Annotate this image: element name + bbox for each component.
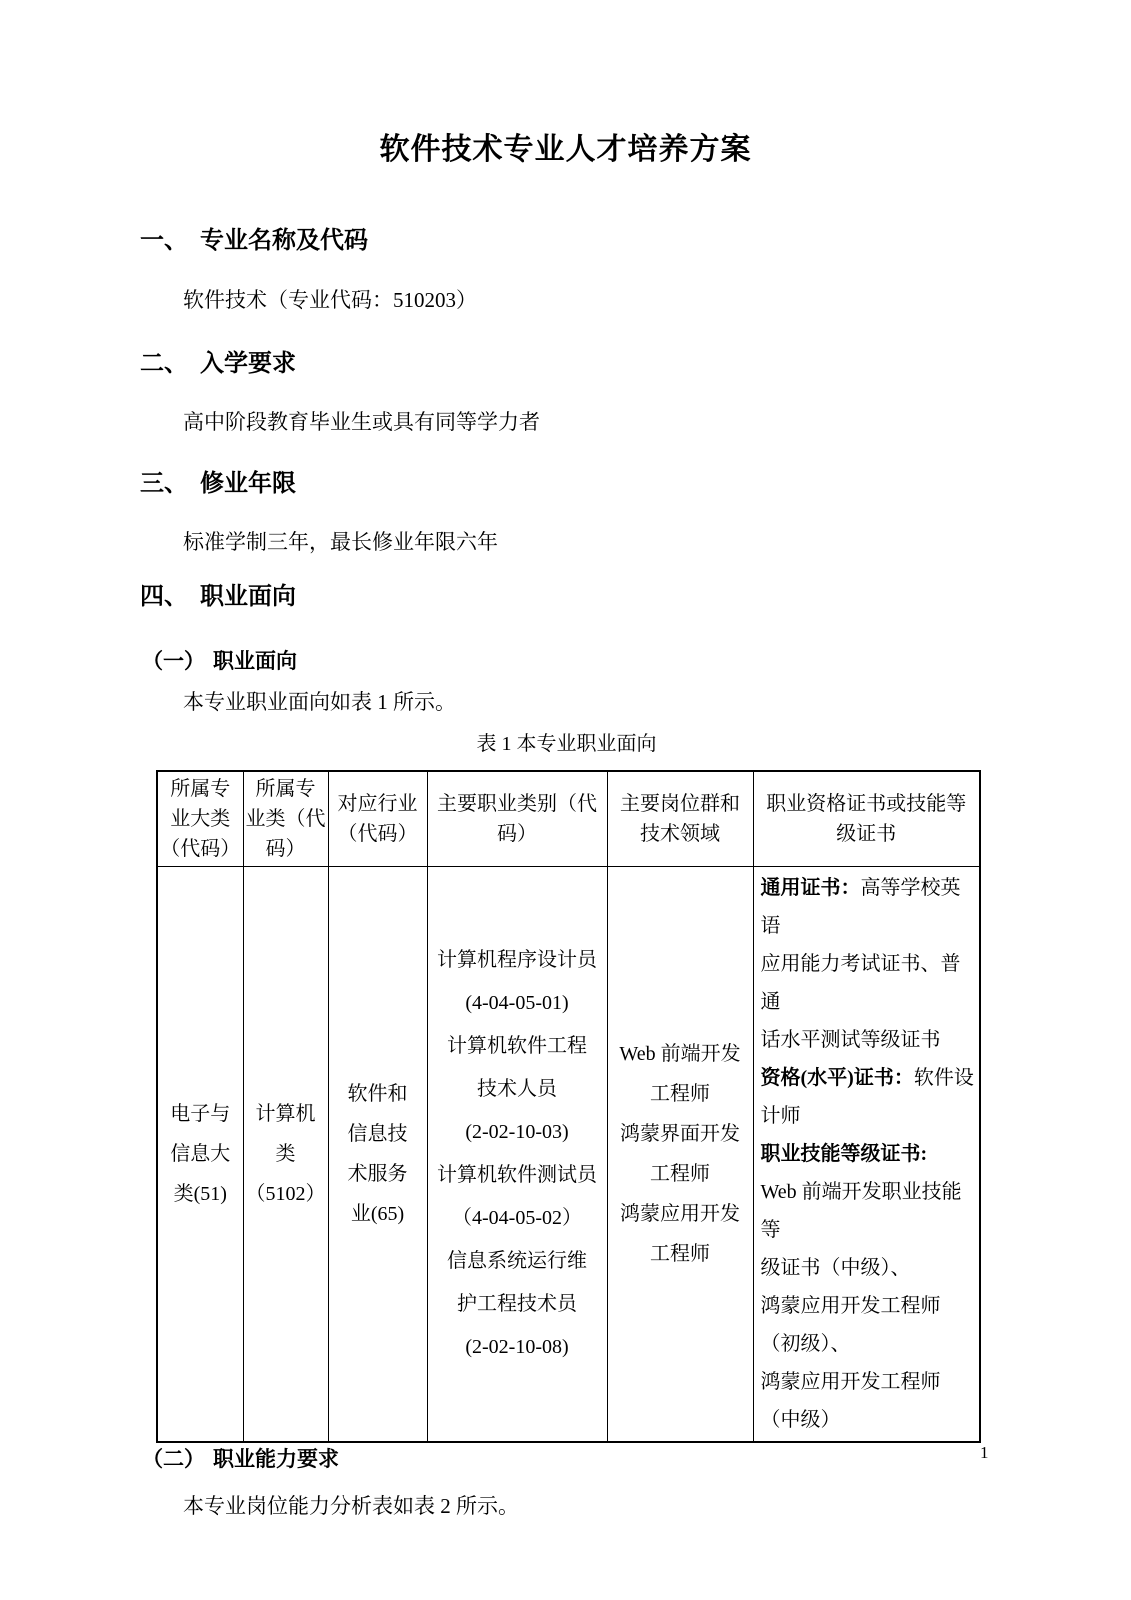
career-orientation-table: 所属专 业大类 （代码） 所属专 业类（代 码） 对应行业 （代码） 主要职业类… [156, 770, 981, 1443]
cert-item-skill-heading: 职业技能等级证书: [761, 1135, 976, 1173]
heading-number: 二、 [140, 350, 188, 377]
cert-label: 资格(水平)证书： [761, 1067, 914, 1089]
heading-section-4-1: （一）职业面向 [142, 647, 1131, 677]
col-header-major-class: 所属专 业类（代 码） [243, 771, 328, 867]
col-header-industry: 对应行业 （代码） [328, 771, 427, 867]
col-header-position-group: 主要岗位群和 技术领域 [607, 771, 753, 867]
table-row: 电子与 信息大 类(51) 计算机 类 （5102） 软件和 信息技 术服务 业… [157, 867, 980, 1443]
cert-item-harmony-intermediate: 鸿蒙应用开发工程师 （中级） [761, 1363, 976, 1439]
table-header-row: 所属专 业大类 （代码） 所属专 业类（代 码） 对应行业 （代码） 主要职业类… [157, 771, 980, 867]
cert-text: 鸿蒙应用开发工程师 （初级）、 [761, 1295, 941, 1355]
cert-item-harmony-junior: 鸿蒙应用开发工程师 （初级）、 [761, 1287, 976, 1363]
cert-text: Web 前端开发职业技能等 级证书（中级）、 [761, 1181, 962, 1279]
col-header-certificates: 职业资格证书或技能等 级证书 [753, 771, 980, 867]
cell-major-category: 电子与 信息大 类(51) [157, 867, 243, 1443]
heading-number: 一、 [140, 227, 188, 254]
cert-label: 通用证书： [761, 877, 861, 899]
heading-section-4: 四、职业面向 [140, 580, 1131, 614]
cert-item-general: 通用证书：高等学校英语 应用能力考试证书、普通 话水平测试等级证书 [761, 869, 976, 1059]
table1-caption: 表 1 本专业职业面向 [155, 730, 978, 758]
cell-major-class: 计算机 类 （5102） [243, 867, 328, 1443]
page-number: 1 [980, 1442, 989, 1464]
cert-text: 鸿蒙应用开发工程师 （中级） [761, 1371, 941, 1431]
cert-label: 职业技能等级证书: [761, 1143, 928, 1165]
cell-positions: Web 前端开发 工程师 鸿蒙界面开发 工程师 鸿蒙应用开发 工程师 [607, 867, 753, 1443]
cell-certificates: 通用证书：高等学校英语 应用能力考试证书、普通 话水平测试等级证书资格(水平)证… [753, 867, 980, 1443]
document-page: 软件技术专业人才培养方案 一、专业名称及代码 软件技术（专业代码：510203）… [0, 0, 1131, 1600]
heading-text: 修业年限 [200, 470, 296, 497]
heading-text: 入学要求 [200, 350, 296, 377]
paragraph-admission-requirement: 高中阶段教育毕业生或具有同等学力者 [183, 407, 1131, 437]
col-header-occupation-category: 主要职业类别（代 码） [427, 771, 607, 867]
paragraph-study-duration: 标准学制三年，最长修业年限六年 [183, 527, 1131, 557]
paragraph-table2-intro: 本专业岗位能力分析表如表 2 所示。 [183, 1491, 1131, 1521]
cert-text: 高等学校英语 应用能力考试证书、普通 话水平测试等级证书 [761, 877, 961, 1051]
heading-number: 三、 [140, 470, 188, 497]
paragraph-table1-intro: 本专业职业面向如表 1 所示。 [183, 687, 1131, 717]
heading-text: 专业名称及代码 [200, 227, 368, 254]
cell-industry: 软件和 信息技 术服务 业(65) [328, 867, 427, 1443]
heading-number: （一） [142, 650, 205, 673]
paragraph-major-name-code: 软件技术（专业代码：510203） [183, 285, 1131, 315]
heading-section-3: 三、修业年限 [140, 467, 1131, 501]
heading-text: 职业面向 [200, 583, 296, 610]
cert-item-qualification: 资格(水平)证书：软件设 计师 [761, 1059, 976, 1135]
heading-number: （二） [142, 1448, 205, 1471]
cell-occupations: 计算机程序设计员 (4-04-05-01) 计算机软件工程 技术人员 (2-02… [427, 867, 607, 1443]
heading-number: 四、 [140, 583, 188, 610]
heading-text: 职业面向 [213, 650, 297, 673]
heading-section-2: 二、入学要求 [140, 347, 1131, 381]
cert-item-web-frontend: Web 前端开发职业技能等 级证书（中级）、 [761, 1173, 976, 1287]
heading-text: 职业能力要求 [213, 1448, 339, 1471]
col-header-major-category: 所属专 业大类 （代码） [157, 771, 243, 867]
heading-section-1: 一、专业名称及代码 [140, 224, 1131, 258]
document-title: 软件技术专业人才培养方案 [0, 0, 1131, 172]
